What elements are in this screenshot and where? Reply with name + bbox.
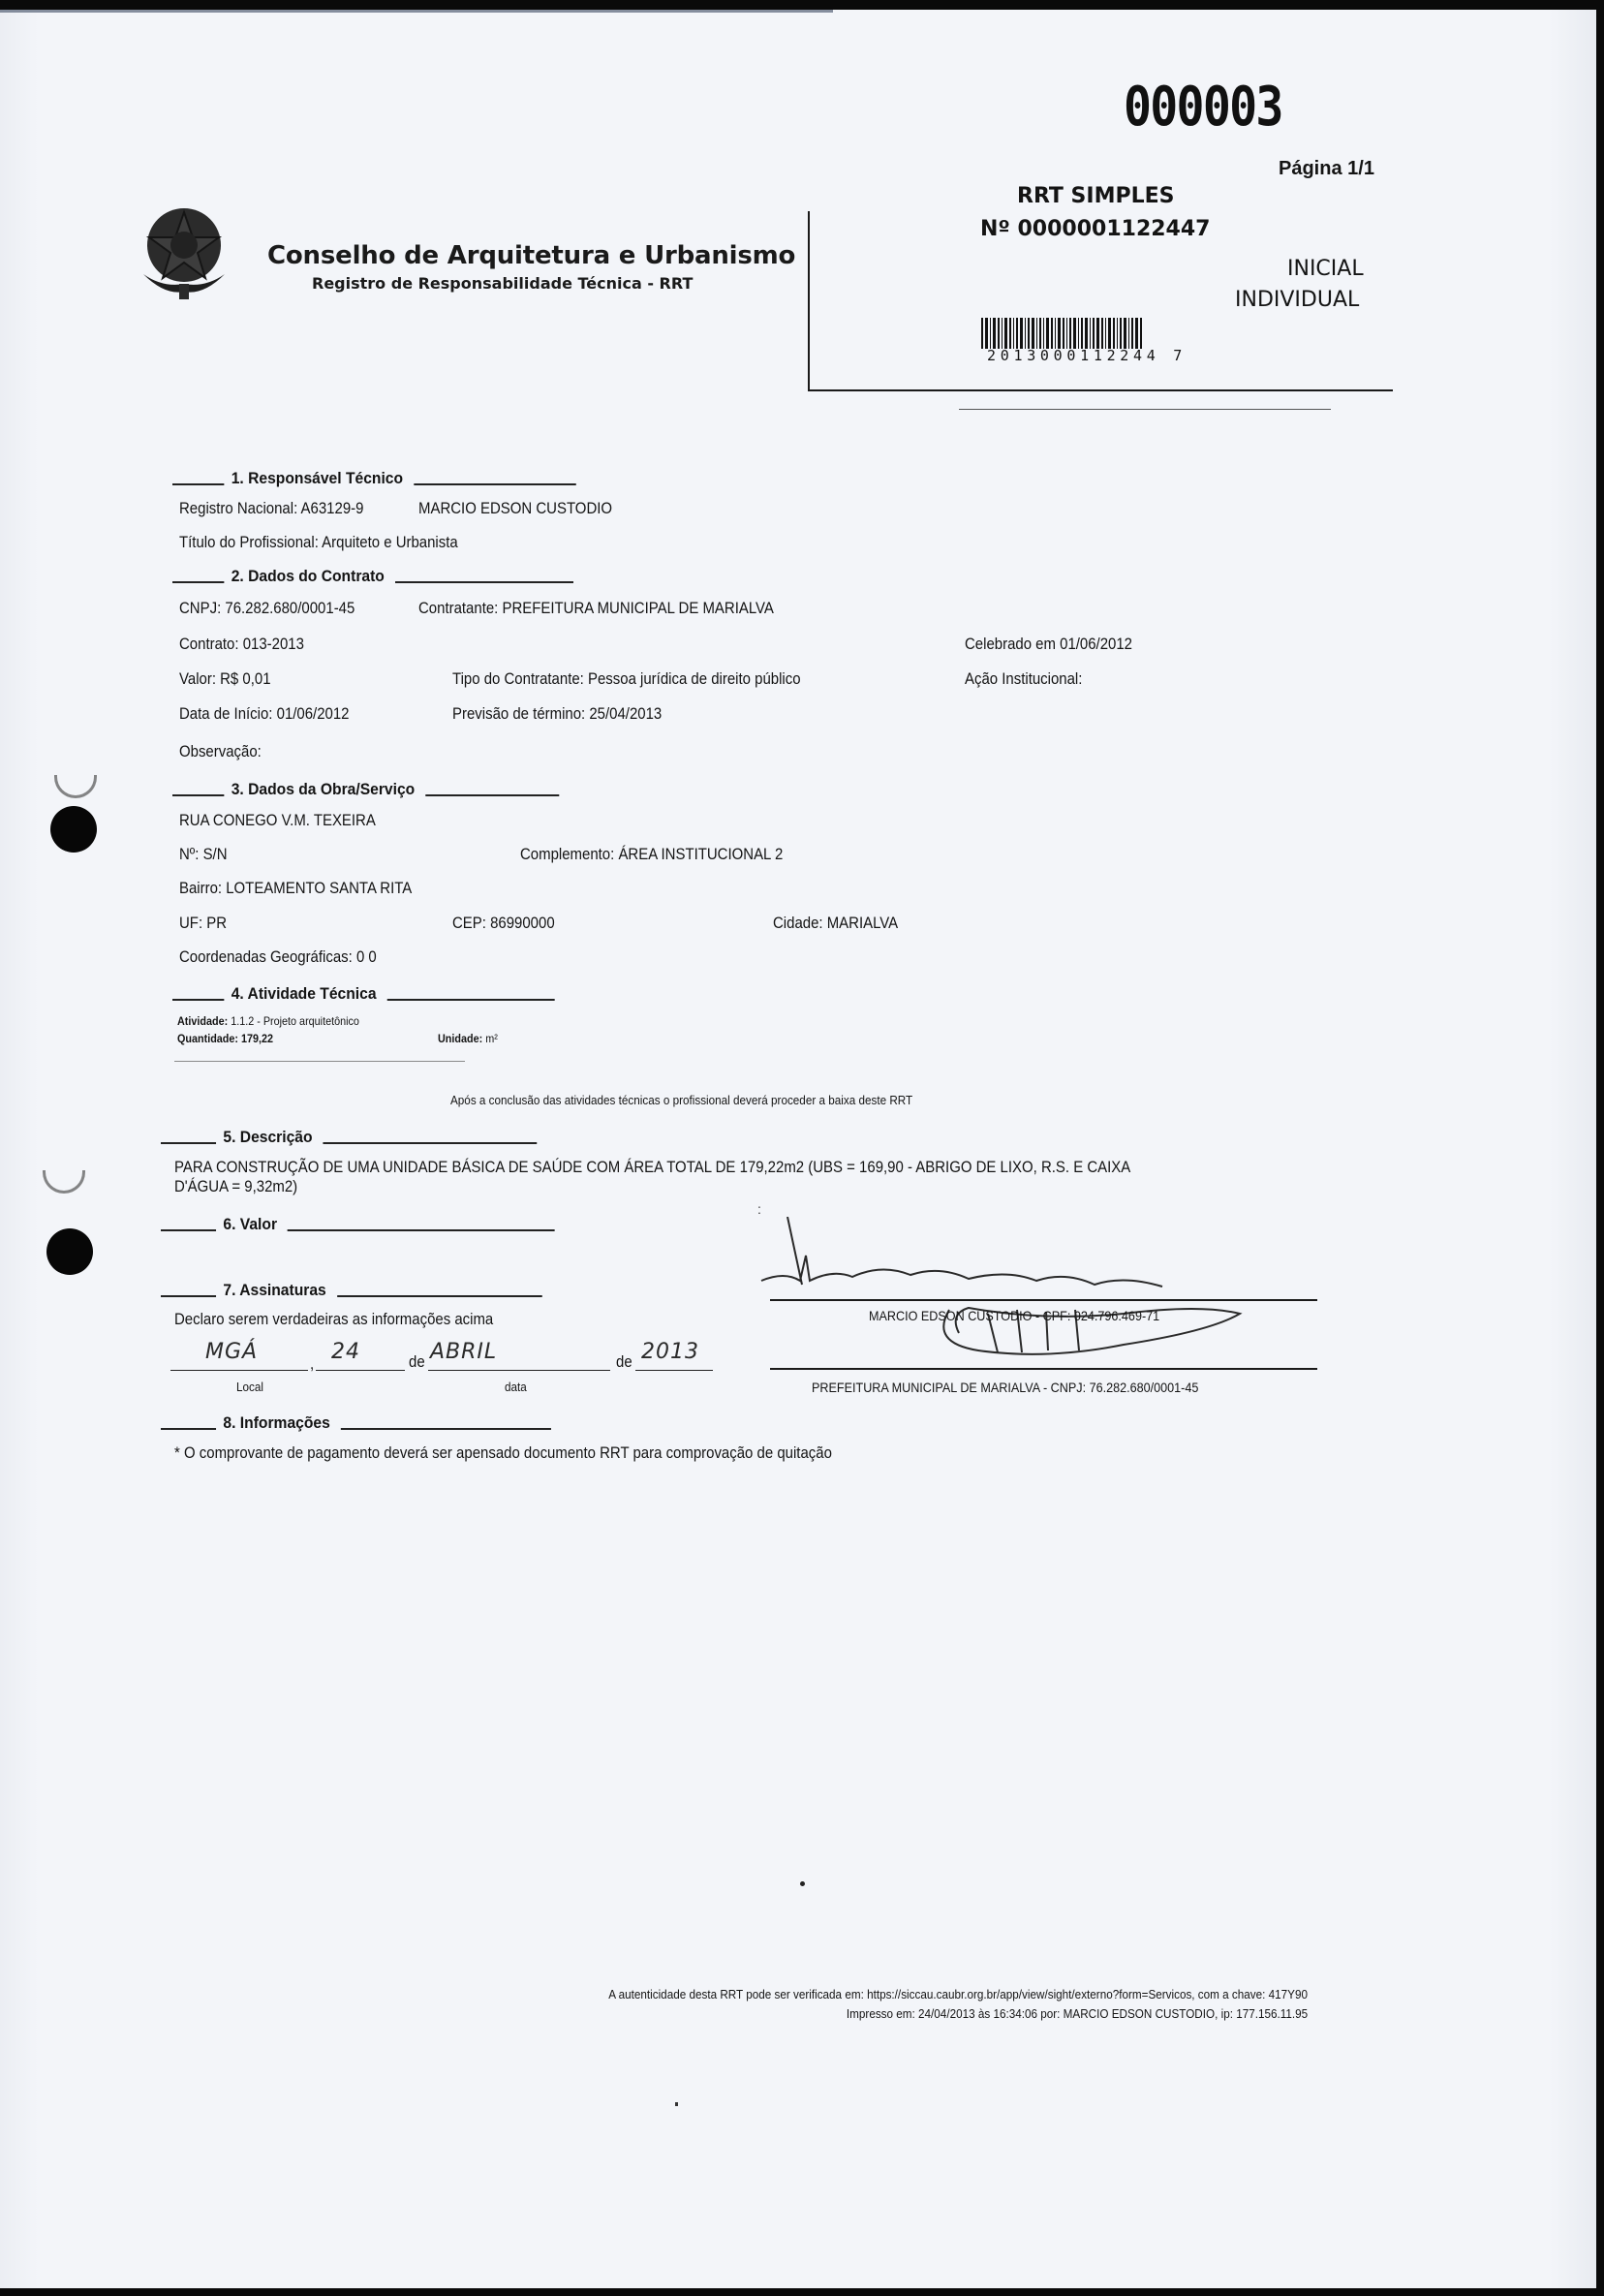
quantity-label: Quantidade:	[177, 1032, 238, 1045]
section-2-title: 2. Dados do Contrato	[231, 567, 385, 586]
divider	[959, 409, 1331, 410]
month-handwritten: ABRIL	[430, 1340, 497, 1364]
contractor: Contratante: PREFEITURA MUNICIPAL DE MAR…	[418, 599, 774, 618]
local-label: Local	[236, 1380, 263, 1394]
box-border-left	[808, 211, 810, 391]
section-3-heading: 3. Dados da Obra/Serviço	[172, 780, 559, 799]
signer-professional: MARCIO EDSON CUSTODIO - CPF: 024.796.469…	[869, 1308, 1159, 1323]
activity-value: 1.1.2 - Projeto arquitetônico	[231, 1014, 359, 1028]
work-zip: CEP: 86990000	[452, 914, 555, 933]
section-6-heading: 6. Valor	[161, 1215, 555, 1234]
handwritten-signatures	[756, 1217, 1317, 1362]
work-city: Cidade: MARIALVA	[773, 914, 898, 933]
activity: Atividade: 1.1.2 - Projeto arquitetônico	[177, 1014, 359, 1028]
work-neighborhood: Bairro: LOTEAMENTO SANTA RITA	[179, 879, 412, 898]
rrt-status-initial: INICIAL	[1287, 257, 1364, 281]
work-state: UF: PR	[179, 914, 227, 933]
contractor-type: Tipo do Contratante: Pessoa jurídica de …	[452, 669, 801, 689]
section-7-heading: 7. Assinaturas	[161, 1281, 541, 1300]
declaration: Declaro serem verdadeiras as informações…	[174, 1310, 493, 1329]
signer-contractor: PREFEITURA MUNICIPAL DE MARIALVA - CNPJ:…	[812, 1380, 1198, 1395]
baixa-notice: Após a conclusão das atividades técnicas…	[450, 1093, 912, 1107]
page-number: Página 1/1	[1279, 158, 1374, 180]
organization-title: Conselho de Arquitetura e Urbanismo	[267, 241, 795, 270]
quantity-value: 179,22	[241, 1032, 273, 1045]
section-2-heading: 2. Dados do Contrato	[172, 567, 573, 586]
description-line-2: D'ÁGUA = 9,32m2)	[174, 1177, 297, 1196]
work-number: Nº: S/N	[179, 845, 228, 864]
observation: Observação:	[179, 742, 262, 761]
section-5-title: 5. Descrição	[223, 1128, 312, 1147]
authenticity-line: A autenticidade desta RRT pode ser verif…	[608, 1987, 1308, 2001]
rrt-number: Nº 0000001122447	[980, 217, 1210, 241]
comma: ,	[310, 1354, 314, 1374]
day-field-line	[316, 1370, 405, 1371]
section-8-title: 8. Informações	[223, 1413, 329, 1433]
work-address: RUA CONEGO V.M. TEXEIRA	[179, 811, 376, 830]
registro-nacional: Registro Nacional: A63129-9	[179, 499, 363, 518]
section-3-title: 3. Dados da Obra/Serviço	[231, 780, 415, 799]
unit: Unidade: m²	[438, 1032, 498, 1045]
section-6-title: 6. Valor	[223, 1215, 277, 1234]
speck	[675, 2102, 678, 2106]
payment-note: * O comprovante de pagamento deverá ser …	[174, 1443, 832, 1463]
quantity: Quantidade: 179,22	[177, 1032, 273, 1045]
box-border-bottom	[808, 389, 1393, 391]
speck	[800, 1881, 805, 1886]
date-label: data	[505, 1380, 527, 1394]
scan-edge-line	[0, 10, 833, 13]
section-8-heading: 8. Informações	[161, 1413, 551, 1433]
section-4-title: 4. Atividade Técnica	[231, 984, 377, 1004]
local-field-line	[170, 1370, 308, 1371]
year-handwritten: 2013	[641, 1340, 699, 1364]
organization-subtitle: Registro de Responsabilidade Técnica - R…	[312, 274, 693, 293]
geo-coordinates: Coordenadas Geográficas: 0 0	[179, 947, 377, 967]
section-4-heading: 4. Atividade Técnica	[172, 984, 555, 1004]
signature-line-professional	[770, 1299, 1317, 1301]
contract-value: Valor: R$ 0,01	[179, 669, 271, 689]
document-counter-stamp: 000003	[1124, 76, 1282, 139]
professional-name: MARCIO EDSON CUSTODIO	[418, 499, 612, 518]
month-field-line	[428, 1370, 610, 1371]
section-7-title: 7. Assinaturas	[223, 1281, 325, 1300]
contract-number: Contrato: 013-2013	[179, 635, 304, 654]
de-label: de	[616, 1352, 632, 1372]
local-handwritten: MGÁ	[205, 1340, 258, 1364]
institutional-action: Ação Institucional:	[965, 669, 1082, 689]
rrt-type: RRT SIMPLES	[1017, 184, 1175, 208]
unit-label: Unidade:	[438, 1032, 482, 1045]
start-date: Data de Início: 01/06/2012	[179, 704, 350, 724]
section-1-title: 1. Responsável Técnico	[231, 469, 403, 488]
section-5-heading: 5. Descrição	[161, 1128, 537, 1147]
signature-line-contractor	[770, 1368, 1317, 1370]
scanned-page	[0, 10, 1596, 2288]
contract-celebrated-date: Celebrado em 01/06/2012	[965, 635, 1132, 654]
rrt-status-individual: INDIVIDUAL	[1235, 288, 1359, 312]
year-field-line	[635, 1370, 713, 1371]
description-line-1: PARA CONSTRUÇÃO DE UMA UNIDADE BÁSICA DE…	[174, 1158, 1130, 1177]
barcode-icon	[981, 318, 1218, 349]
section-1-heading: 1. Responsável Técnico	[172, 469, 576, 488]
signature-marker: :	[757, 1201, 761, 1217]
activity-label: Atividade:	[177, 1014, 228, 1028]
brazil-coat-of-arms-icon	[136, 199, 232, 305]
contract-cnpj: CNPJ: 76.282.680/0001-45	[179, 599, 355, 618]
unit-value: m²	[485, 1032, 498, 1045]
barcode-number: 2013000112244 7	[987, 347, 1187, 364]
punch-hole	[50, 806, 97, 853]
professional-title: Título do Profissional: Arquiteto e Urba…	[179, 533, 458, 552]
printed-info-line: Impresso em: 24/04/2013 às 16:34:06 por:…	[847, 2006, 1308, 2021]
divider	[174, 1061, 465, 1062]
end-date: Previsão de término: 25/04/2013	[452, 704, 662, 724]
day-handwritten: 24	[331, 1340, 360, 1364]
de-label: de	[409, 1352, 425, 1372]
work-complement: Complemento: ÁREA INSTITUCIONAL 2	[520, 845, 783, 864]
punch-hole	[46, 1228, 93, 1275]
